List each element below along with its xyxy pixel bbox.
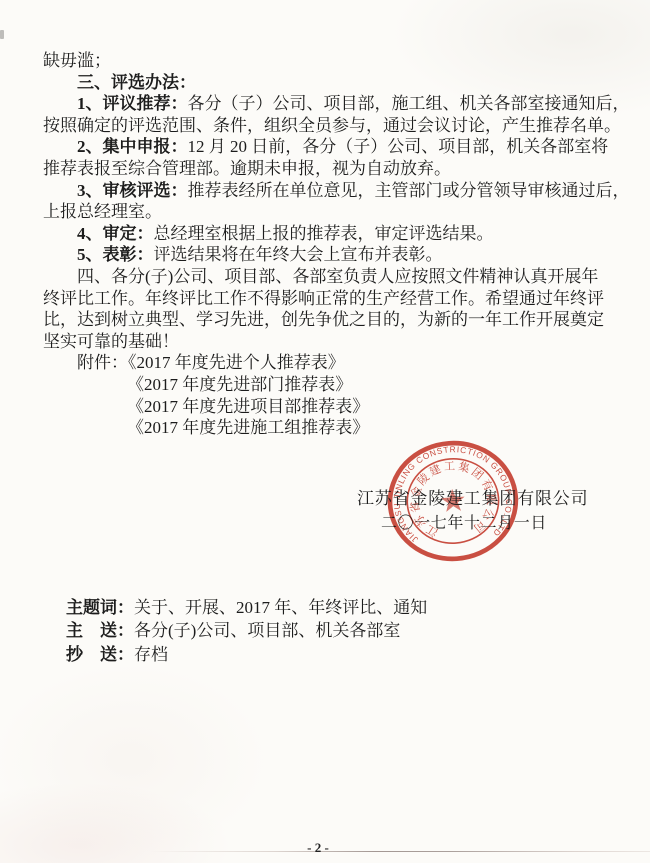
body-line: 5、表彰：评选结果将在年终大会上宣布并表彰。 — [43, 244, 618, 266]
body-line-bold: 三、评选办法： — [77, 73, 196, 92]
document-body: 缺毋滥； 三、评选办法： 1、评议推荐：各分（子）公司、项目部，施工组、机关各部… — [43, 50, 618, 439]
body-line: 2、集中申报：12 月 20 日前，各分（子）公司、项目部，机关各部室将 — [43, 136, 618, 158]
body-line-text: 《2017 年度先进施工组推荐表》 — [127, 418, 369, 437]
body-line: 3、审核评选：推荐表经所在单位意见，主管部门或分管领导审核通过后， — [43, 180, 618, 202]
attachment-line: 《2017 年度先进部门推荐表》 — [43, 374, 618, 396]
scan-artifact — [0, 30, 4, 39]
body-line-text: 《2017 年度先进部门推荐表》 — [127, 375, 352, 394]
body-line-bold: 3、审核评选： — [77, 181, 188, 200]
body-line: 终评比工作。年终评比工作不得影响正常的生产经营工作。希望通过年终评 — [43, 288, 618, 310]
subject-row: 主题词：关于、开展、2017 年、年终评比、通知 — [66, 596, 427, 619]
distribution-block: 主题词：关于、开展、2017 年、年终评比、通知 主 送：各分(子)公司、项目部… — [66, 596, 427, 666]
attachment-line: 《2017 年度先进项目部推荐表》 — [43, 396, 618, 418]
body-line-text: 附件：《2017 年度先进个人推荐表》 — [77, 353, 345, 372]
body-line: 4、审定：总经理室根据上报的推荐表，审定评选结果。 — [43, 223, 618, 245]
footer-divider — [150, 851, 650, 852]
body-line-text: 缺毋滥； — [43, 51, 111, 70]
body-line-text: 比，达到树立典型、学习先进，创先争优之目的，为新的一年工作开展奠定 — [43, 310, 604, 329]
attachment-line: 《2017 年度先进施工组推荐表》 — [43, 417, 618, 439]
body-line-text: 按照确定的评选范围、条件，组织全员参与，通过会议讨论，产生推荐名单。 — [43, 116, 621, 135]
copy-send-row: 抄 送：存档 — [66, 643, 427, 666]
body-line: 三、评选办法： — [43, 72, 618, 94]
page-number: - 2 - — [294, 840, 342, 856]
body-line-text: 四、各分(子)公司、项目部、各部室负责人应按照文件精神认真开展年 — [77, 267, 598, 286]
scanned-document-page: 缺毋滥； 三、评选办法： 1、评议推荐：各分（子）公司、项目部，施工组、机关各部… — [0, 0, 650, 863]
body-line: 1、评议推荐：各分（子）公司、项目部，施工组、机关各部室接通知后， — [43, 93, 618, 115]
body-line-bold: 2、集中申报： — [77, 137, 188, 156]
body-line: 缺毋滥； — [43, 50, 618, 72]
subject-label: 主题词： — [66, 598, 134, 617]
body-line-text: 评选结果将在年终大会上宣布并表彰。 — [154, 245, 443, 264]
body-line: 四、各分(子)公司、项目部、各部室负责人应按照文件精神认真开展年 — [43, 266, 618, 288]
body-line-bold: 5、表彰： — [77, 245, 154, 264]
signature-date: 二〇一七年十二月一日 — [381, 510, 547, 533]
body-line-text: 推荐表经所在单位意见，主管部门或分管领导审核通过后， — [188, 181, 630, 200]
main-send-value: 各分(子)公司、项目部、机关各部室 — [134, 621, 400, 640]
body-line-text: 《2017 年度先进项目部推荐表》 — [127, 397, 369, 416]
body-line-text: 总经理室根据上报的推荐表，审定评选结果。 — [154, 224, 494, 243]
copy-send-label: 抄 送： — [66, 645, 134, 664]
body-line-bold: 4、审定： — [77, 224, 154, 243]
body-line-text: 推荐表报至综合管理部。逾期未申报，视为自动放弃。 — [43, 159, 451, 178]
main-send-label: 主 送： — [66, 621, 134, 640]
body-line-bold: 1、评议推荐： — [77, 94, 188, 113]
copy-send-value: 存档 — [134, 645, 168, 664]
body-line: 坚实可靠的基础！ — [43, 331, 618, 353]
body-line-text: 12 月 20 日前，各分（子）公司、项目部，机关各部室将 — [188, 137, 609, 156]
body-line: 按照确定的评选范围、条件，组织全员参与，通过会议讨论，产生推荐名单。 — [43, 115, 618, 137]
body-line: 上报总经理室。 — [43, 201, 618, 223]
body-line-text: 各分（子）公司、项目部，施工组、机关各部室接通知后， — [188, 94, 630, 113]
body-line: 推荐表报至综合管理部。逾期未申报，视为自动放弃。 — [43, 158, 618, 180]
main-send-row: 主 送：各分(子)公司、项目部、机关各部室 — [66, 619, 427, 642]
signature-company: 江苏省金陵建工集团有限公司 — [357, 484, 588, 509]
body-line-text: 上报总经理室。 — [43, 202, 162, 221]
body-line: 比，达到树立典型、学习先进，创先争优之目的，为新的一年工作开展奠定 — [43, 309, 618, 331]
attachment-line: 附件：《2017 年度先进个人推荐表》 — [43, 352, 618, 374]
body-line-text: 终评比工作。年终评比工作不得影响正常的生产经营工作。希望通过年终评 — [43, 289, 604, 308]
subject-value: 关于、开展、2017 年、年终评比、通知 — [134, 598, 427, 617]
body-line-text: 坚实可靠的基础！ — [43, 332, 179, 351]
